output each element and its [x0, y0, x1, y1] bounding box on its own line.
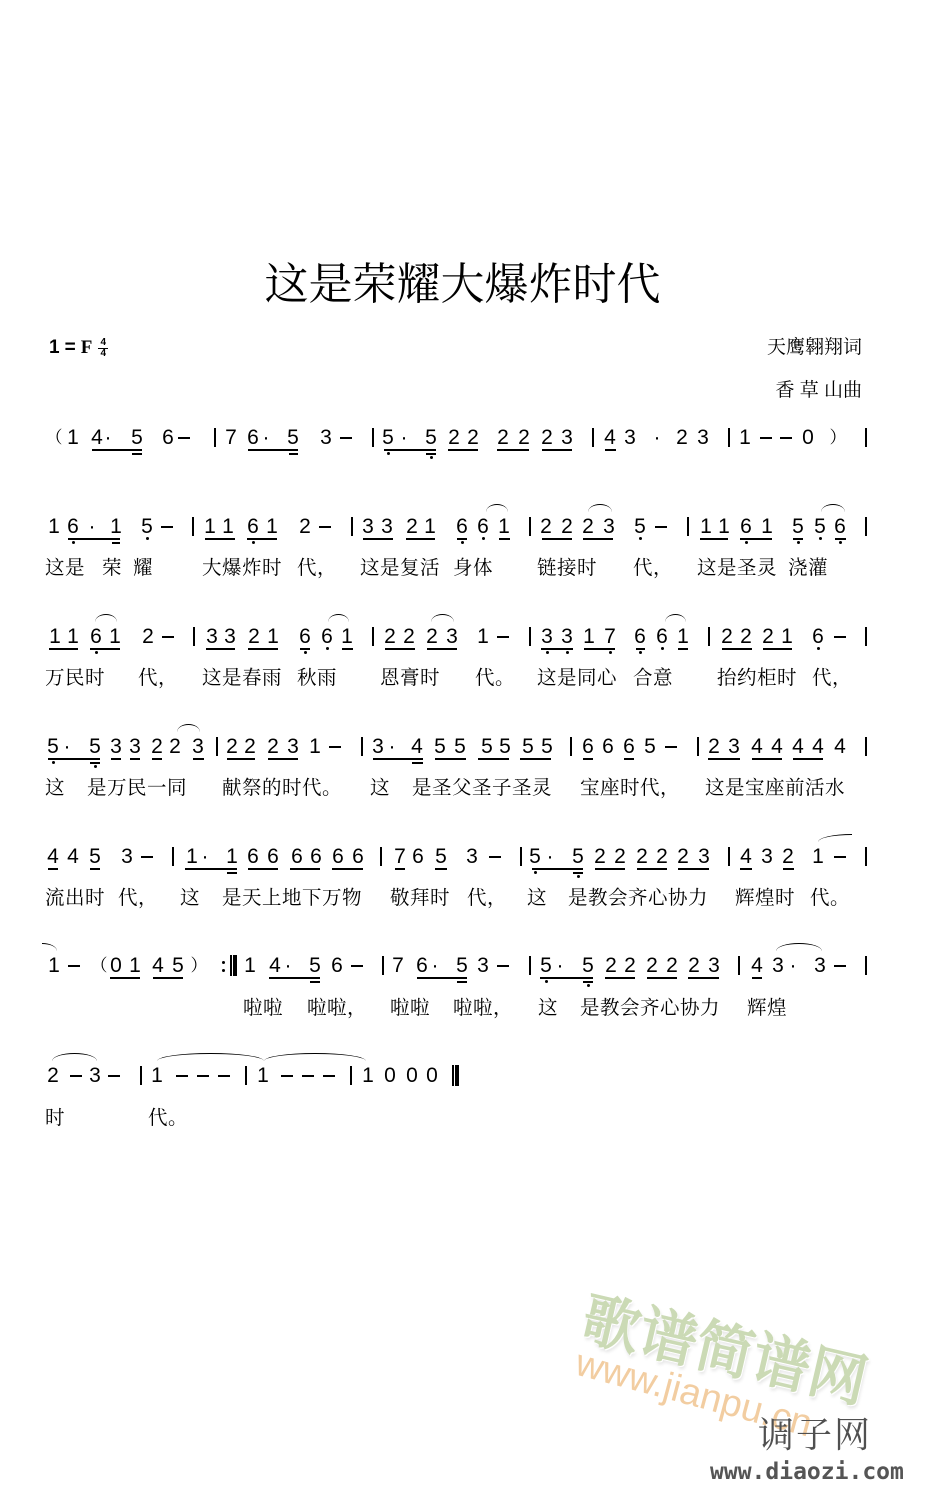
- lyric: 是天上地下万物: [222, 887, 362, 909]
- note: 2: [165, 734, 185, 760]
- beam-underline: [248, 868, 278, 870]
- lower-octave-dot: [72, 541, 75, 544]
- lower-octave-dot: [587, 984, 590, 987]
- beam-underline: [132, 453, 142, 455]
- beam-underline: [130, 758, 140, 760]
- note: 4: [148, 953, 168, 979]
- lyric: 浇灌: [788, 557, 828, 579]
- beam-underline: [384, 449, 436, 451]
- beam-underline: [740, 868, 752, 870]
- note: 6: [86, 624, 106, 650]
- beam-underline: [478, 758, 509, 760]
- duration-dash: —: [655, 526, 667, 528]
- note: 2: [778, 844, 798, 870]
- repeat-dot: [222, 969, 225, 972]
- barline: [216, 737, 218, 756]
- note: 5: [578, 953, 598, 979]
- note: 3: [316, 425, 336, 451]
- key-equals: =: [65, 337, 76, 359]
- beam-underline: [783, 868, 794, 870]
- note: 1: [358, 1063, 378, 1089]
- note: 3: [106, 734, 126, 760]
- note: 5: [477, 734, 497, 760]
- lyric: 宝座时代，: [580, 777, 680, 799]
- note: 3: [704, 953, 724, 979]
- note: 2: [244, 624, 264, 650]
- note: 3: [810, 953, 830, 979]
- beam-underline: [363, 538, 393, 540]
- note: 1: [125, 953, 145, 979]
- note: 2: [632, 844, 652, 870]
- barline: [140, 1066, 142, 1085]
- note: 6: [243, 844, 263, 870]
- watermark-brand-url: www.diaozi.com: [710, 1459, 904, 1485]
- barline: [520, 847, 522, 866]
- note: 2: [601, 953, 621, 979]
- lyric: 啦啦，: [453, 997, 513, 1019]
- lyric: 代，: [633, 557, 673, 579]
- slur-mark: [776, 943, 822, 951]
- slur-mark: [157, 1053, 264, 1061]
- key-tonic: 1: [49, 337, 60, 359]
- note: 2: [138, 624, 158, 650]
- slur-mark: [431, 614, 454, 622]
- beam-underline: [92, 449, 142, 451]
- barline: [865, 428, 867, 447]
- duration-dash: —: [68, 965, 80, 967]
- note: 3: [557, 624, 577, 650]
- note: 5: [518, 734, 538, 760]
- beam-underline: [793, 758, 823, 760]
- sheet-music-page: 这是荣耀大爆炸时代 1=F44 天鹰翱翔词 香 草 山曲 歌谱简谱网 www.j…: [0, 0, 925, 1493]
- note: 3: [188, 734, 208, 760]
- barline: [372, 428, 374, 447]
- beam-underline: [520, 758, 551, 760]
- lower-octave-dot: [745, 541, 748, 544]
- slur-mark: [821, 504, 845, 512]
- note: 4: [788, 734, 808, 760]
- barline: [192, 517, 194, 536]
- beam-underline: [68, 538, 120, 540]
- beam-underline: [763, 648, 792, 650]
- note: 7: [600, 624, 620, 650]
- barline: [592, 428, 594, 447]
- note: 6: [348, 844, 368, 870]
- duration-dash: —: [497, 636, 509, 638]
- augmentation-dot: ·: [382, 734, 402, 760]
- note: 3: [358, 514, 378, 540]
- beam-underline: [227, 758, 255, 760]
- beam-underline: [427, 648, 457, 650]
- lyric: 这是复活: [360, 557, 440, 579]
- note: 6: [287, 844, 307, 870]
- beam-underline: [583, 538, 613, 540]
- note: 3: [693, 425, 713, 451]
- beam-underline: [678, 868, 709, 870]
- barline: [687, 517, 689, 536]
- duration-dash: —: [162, 636, 174, 638]
- barline: [529, 517, 531, 536]
- lyric: 这: [527, 887, 547, 909]
- note: 3: [473, 953, 493, 979]
- repeat-barline-thin: [230, 955, 232, 976]
- lower-octave-dot: [304, 651, 307, 654]
- lower-octave-dot: [577, 875, 580, 878]
- duration-dash: —: [780, 437, 792, 439]
- beam-underline: [636, 648, 645, 650]
- duration-dash: —: [161, 526, 173, 528]
- beam-underline: [583, 758, 593, 760]
- note: 3: [757, 844, 777, 870]
- note: 1: [45, 624, 65, 650]
- note: 2: [493, 425, 513, 451]
- note: 5: [788, 514, 808, 540]
- note: 1: [240, 953, 260, 979]
- lyric: 这: [370, 777, 390, 799]
- note: 1: [420, 514, 440, 540]
- duration-dash: —: [176, 1075, 188, 1077]
- note: 1: [735, 425, 755, 451]
- lower-octave-dot: [326, 647, 329, 650]
- barline: [865, 737, 867, 756]
- note: 2: [557, 514, 577, 540]
- lower-octave-dot: [545, 980, 548, 983]
- barline: [697, 737, 699, 756]
- beam-underline: [385, 648, 415, 650]
- note: 1: [494, 514, 514, 540]
- lyric: 这: [180, 887, 200, 909]
- lyric: 献祭的时代。: [222, 777, 342, 799]
- note: 3: [557, 425, 577, 451]
- lower-octave-dot: [566, 651, 569, 654]
- beam-underline: [406, 538, 435, 540]
- note: 2: [672, 425, 692, 451]
- note: 4: [63, 844, 83, 870]
- note: 6: [830, 514, 850, 540]
- note: 5: [127, 425, 147, 451]
- beam-underline: [342, 648, 353, 650]
- note: 4: [43, 844, 63, 870]
- barline: [529, 956, 531, 975]
- lower-octave-dot: [94, 765, 97, 768]
- beam-underline: [290, 868, 320, 870]
- note: 5: [495, 734, 515, 760]
- beam-underline: [624, 758, 634, 760]
- rest: 0: [402, 1063, 422, 1089]
- beam-underline: [722, 648, 752, 650]
- lower-octave-dot: [546, 651, 549, 654]
- beam-underline: [605, 977, 635, 979]
- beam-underline: [227, 872, 237, 874]
- note: 1: [105, 624, 125, 650]
- lyric: 大爆炸时: [202, 557, 282, 579]
- lyric: 这是同心: [537, 667, 617, 689]
- lyric: 耀: [133, 557, 153, 579]
- lower-octave-dot: [639, 651, 642, 654]
- note: 6: [578, 734, 598, 760]
- beam-underline: [373, 758, 423, 760]
- note: 2: [147, 734, 167, 760]
- lower-octave-dot: [839, 541, 842, 544]
- duration-dash: —: [323, 1075, 335, 1077]
- note: 3: [202, 624, 222, 650]
- augmentation-dot: ·: [256, 425, 276, 451]
- note: 1: [253, 1063, 273, 1089]
- note: 3: [694, 844, 714, 870]
- beam-underline: [448, 449, 478, 451]
- barline: [570, 737, 572, 756]
- beam-underline: [595, 868, 625, 870]
- note: 2: [610, 844, 630, 870]
- slur-mark: [665, 614, 686, 622]
- barline: [738, 956, 740, 975]
- note: 3: [125, 734, 145, 760]
- note: 2: [240, 734, 260, 760]
- note: 1: [808, 844, 828, 870]
- song-title: 这是荣耀大爆炸时代: [0, 258, 925, 312]
- note: 6: [619, 734, 639, 760]
- barline: [245, 1066, 247, 1085]
- lyric: 代。: [475, 667, 515, 689]
- beam-underline: [497, 449, 529, 451]
- barline: [865, 517, 867, 536]
- lyric: 这是圣灵: [697, 557, 777, 579]
- lyric: 秋雨: [297, 667, 337, 689]
- duration-dash: —: [197, 1075, 209, 1077]
- note: 2: [590, 844, 610, 870]
- note: 4: [767, 734, 787, 760]
- beam-underline: [289, 453, 298, 455]
- note: 5: [568, 844, 588, 870]
- slur-mark: [42, 943, 57, 951]
- lyric: 代，: [467, 887, 507, 909]
- beam-underline: [49, 648, 78, 650]
- lyric: 代。: [810, 887, 850, 909]
- lyric: 合意: [633, 667, 673, 689]
- beam-underline: [835, 538, 846, 540]
- rest: 0: [106, 953, 126, 979]
- lower-octave-dot: [661, 647, 664, 650]
- beam-underline: [605, 449, 616, 451]
- note: 2: [537, 425, 557, 451]
- note: 5: [450, 734, 470, 760]
- beam-underline: [435, 868, 447, 870]
- beam-underline: [426, 453, 436, 455]
- note: 3: [283, 734, 303, 760]
- beam-underline: [740, 538, 772, 540]
- repeat-dot: [222, 961, 225, 964]
- note: 2: [704, 734, 724, 760]
- barline: [350, 1066, 352, 1085]
- augmentation-dot: ·: [394, 425, 414, 451]
- note: 2: [263, 734, 283, 760]
- beam-underline: [542, 538, 572, 540]
- lyric: 流出时: [45, 887, 105, 909]
- note: 6: [328, 844, 348, 870]
- note: 5: [168, 953, 188, 979]
- lyric: 链接时: [537, 557, 597, 579]
- beam-underline: [637, 868, 667, 870]
- note: 2: [758, 624, 778, 650]
- beam-underline: [457, 538, 467, 540]
- note: 7: [390, 844, 410, 870]
- lyric: 是万民一同: [87, 777, 187, 799]
- beam-underline: [310, 981, 320, 983]
- duration-dash: —: [497, 965, 509, 967]
- augmentation-dot: ·: [278, 953, 298, 979]
- note: 5: [85, 844, 105, 870]
- note: 6: [630, 624, 650, 650]
- note: 1: [696, 514, 716, 540]
- slur-mark: [486, 504, 508, 512]
- note: 7: [388, 953, 408, 979]
- lyric: 代，: [297, 557, 337, 579]
- beam-underline: [541, 648, 573, 650]
- lyric: 身体: [453, 557, 493, 579]
- beam-underline: [532, 868, 583, 870]
- barline: [728, 428, 730, 447]
- note: 1: [147, 1063, 167, 1089]
- beam-underline: [90, 868, 100, 870]
- barline: [865, 627, 867, 646]
- note: 6: [408, 844, 428, 870]
- beam-underline: [647, 977, 677, 979]
- beam-underline: [332, 868, 363, 870]
- barline: [172, 847, 174, 866]
- beam-underline: [793, 538, 803, 540]
- duration-dash: —: [302, 1075, 314, 1077]
- beam-underline: [573, 872, 583, 874]
- note: 1: [63, 624, 83, 650]
- note: 2: [684, 953, 704, 979]
- duration-dash: —: [329, 746, 341, 748]
- note: 1: [473, 624, 493, 650]
- lyric: 是教会齐心协力: [580, 997, 720, 1019]
- note: 6: [327, 953, 347, 979]
- duration-dash: —: [351, 965, 363, 967]
- augmentation-dot: ·: [647, 425, 667, 451]
- key-signature: 1=F44: [49, 337, 108, 361]
- lower-octave-dot: [797, 541, 800, 544]
- lower-octave-dot: [52, 761, 55, 764]
- note: 1: [337, 624, 357, 650]
- augmentation-dot: ·: [195, 844, 215, 870]
- beam-underline: [542, 449, 572, 451]
- beam-underline: [412, 762, 423, 764]
- barline: [728, 847, 730, 866]
- slur-mark: [818, 834, 852, 842]
- beam-underline: [185, 868, 237, 870]
- beam-underline: [268, 758, 298, 760]
- note: 6: [736, 514, 756, 540]
- lower-octave-dot: [461, 541, 464, 544]
- note: 6: [63, 514, 83, 540]
- note: 4: [830, 734, 850, 760]
- beam-underline: [153, 977, 183, 979]
- note: 2: [422, 624, 442, 650]
- beam-underline: [193, 758, 204, 760]
- repeat-barline-thick: [233, 955, 237, 976]
- beam-underline: [700, 538, 728, 540]
- lyric: 啦啦，: [307, 997, 367, 1019]
- lyric: 是教会齐心协力: [568, 887, 708, 909]
- final-barline-thin: [452, 1065, 454, 1086]
- barline: [361, 737, 363, 756]
- duration-dash: —: [665, 746, 677, 748]
- lyric: 代，: [812, 667, 852, 689]
- note: 2: [717, 624, 737, 650]
- note: 1: [44, 953, 64, 979]
- note: 1: [63, 425, 83, 451]
- beam-underline: [708, 758, 740, 760]
- beam-underline: [435, 758, 466, 760]
- lower-octave-dot: [534, 871, 537, 874]
- slur-mark: [95, 614, 117, 622]
- note: 5: [430, 734, 450, 760]
- lyric: 是圣父圣子圣灵: [412, 777, 552, 799]
- note: 2: [578, 514, 598, 540]
- rest: 0: [798, 425, 818, 451]
- intro-close-paren: ）: [189, 953, 209, 979]
- slur-mark: [264, 1053, 366, 1061]
- beam-underline: [752, 758, 782, 760]
- note: 2: [620, 953, 640, 979]
- augmentation-dot: ·: [540, 844, 560, 870]
- lyric: 代，: [118, 887, 158, 909]
- lyric: 辉煌: [747, 997, 787, 1019]
- beam-underline: [90, 648, 120, 650]
- beam-underline: [540, 977, 593, 979]
- duration-dash: —: [319, 526, 331, 528]
- note: 4: [747, 734, 767, 760]
- note: 6: [306, 844, 326, 870]
- beam-underline: [300, 648, 310, 650]
- lyric: 啦啦: [390, 997, 430, 1019]
- note: 3: [620, 425, 640, 451]
- slur-mark: [328, 614, 349, 622]
- augmentation-dot: ·: [550, 953, 570, 979]
- beam-underline: [90, 762, 100, 764]
- note: 7: [221, 425, 241, 451]
- note: 6: [598, 734, 618, 760]
- barline: [193, 627, 195, 646]
- note: 2: [399, 624, 419, 650]
- beam-underline: [417, 977, 467, 979]
- lyric: 这是: [45, 557, 85, 579]
- note: 6: [295, 624, 315, 650]
- beam-underline: [112, 542, 120, 544]
- note: 6: [243, 514, 263, 540]
- lyric: 恩膏时: [380, 667, 440, 689]
- note: 1: [673, 624, 693, 650]
- lower-octave-dot: [482, 537, 485, 540]
- beam-underline: [752, 977, 762, 979]
- note: 2: [463, 425, 483, 451]
- note: 5: [537, 734, 557, 760]
- lyric: 敬拜时: [390, 887, 450, 909]
- barline: [380, 847, 382, 866]
- barline: [529, 627, 531, 646]
- note: 2: [536, 514, 556, 540]
- note: 6: [158, 425, 178, 451]
- note: 1: [757, 514, 777, 540]
- augmentation-dot: ·: [82, 514, 102, 540]
- barline: [708, 627, 710, 646]
- final-barline-thick: [455, 1065, 459, 1086]
- note: 2: [514, 425, 534, 451]
- lyric: 啦啦: [243, 997, 283, 1019]
- duration-dash: —: [340, 437, 352, 439]
